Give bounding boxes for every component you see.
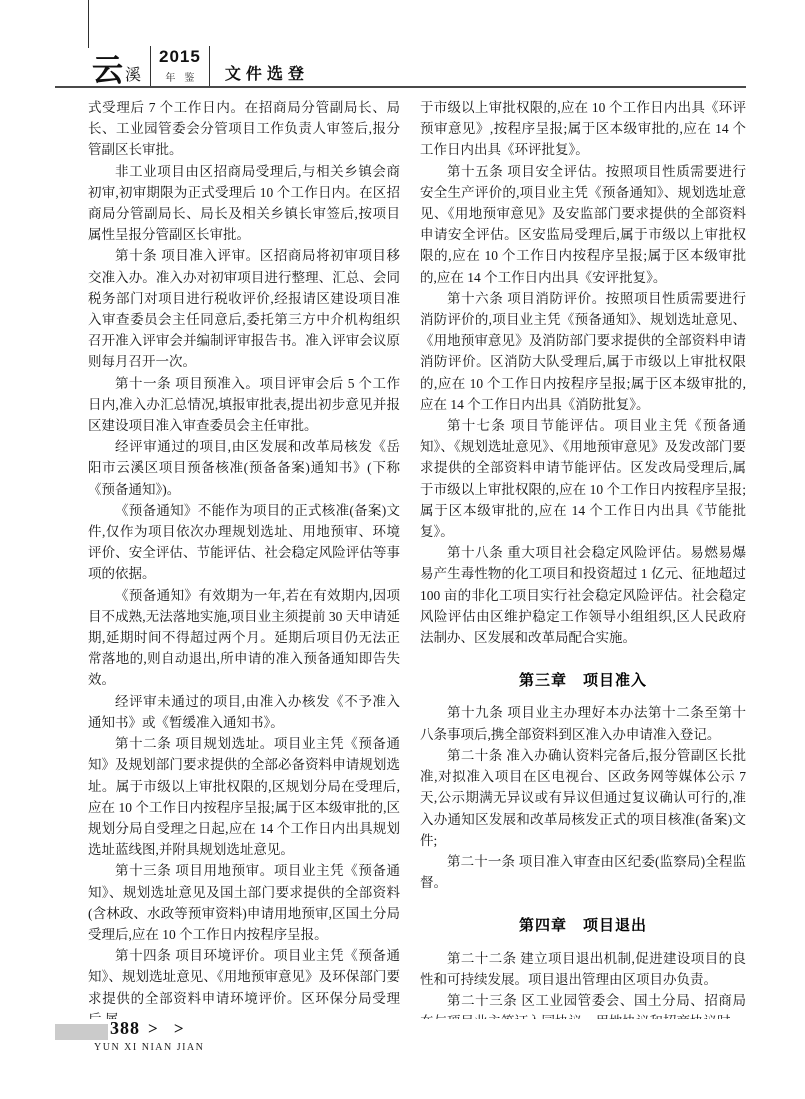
right-column: 于市级以上审批权限的,应在 10 个工作日内出具《环评预审意见》,按程序呈报;属… xyxy=(420,97,746,1019)
paragraph: 第十七条 项目节能评估。项目业主凭《预备通知》、《规划选址意见》、《用地预审意见… xyxy=(420,415,746,542)
chapter-heading: 第三章 项目准入 xyxy=(420,670,746,691)
year-number: 2015 xyxy=(159,48,201,65)
paragraph: 第十六条 项目消防评价。按照项目性质需要进行消防评价的,项目业主凭《预备通知》、… xyxy=(420,288,746,415)
paragraph: 经评审通过的项目,由区发展和改革局核发《岳阳市云溪区项目预备核准(预备备案)通知… xyxy=(88,436,400,500)
paragraph: 非工业项目由区招商局受理后,与相关乡镇会商初审,初审期限为正式受理后 10 个工… xyxy=(88,161,400,246)
paragraph: 式受理后 7 个工作日内。在招商局分管副局长、局长、工业园管委会分管项目工作负责… xyxy=(88,97,400,161)
page-number: 388 xyxy=(110,1018,140,1038)
paragraph: 第十条 项目准入评审。区招商局将初审项目移交准入办。准入办对初审项目进行整理、汇… xyxy=(88,245,400,372)
paragraph: 第二十一条 项目准入审查由区纪委(监察局)全程监督。 xyxy=(420,851,746,893)
paragraph: 《预备通知》不能作为项目的正式核准(备案)文件,仅作为项目依次办理规划选址、用地… xyxy=(88,500,400,585)
header-vertical-rule xyxy=(88,0,89,48)
logo-character-small: 溪 xyxy=(125,68,141,84)
page-header: 云 溪 2015 年鉴 文件选登 xyxy=(92,42,309,86)
logo-character-large: 云 xyxy=(92,55,123,86)
paragraph: 《预备通知》有效期为一年,若在有效期内,因项目不成熟,无法落地实施,项目业主须提… xyxy=(88,585,400,691)
document-body: 式受理后 7 个工作日内。在招商局分管副局长、局长、工业园管委会分管项目工作负责… xyxy=(88,97,746,1019)
paragraph: 经评审未通过的项目,由准入办核发《不予准入通知书》或《暂缓准入通知书》。 xyxy=(88,691,400,733)
paragraph: 第十三条 项目用地预审。项目业主凭《预备通知》、规划选址意见及国土部门要求提供的… xyxy=(88,860,400,945)
paragraph: 第十一条 项目预准入。项目评审会后 5 个工作日内,准入办汇总情况,填报审批表,… xyxy=(88,373,400,437)
yearbook-page: 云 溪 2015 年鉴 文件选登 式受理后 7 个工作日内。在招商局分管副局长、… xyxy=(0,0,805,1099)
paragraph: 第二十条 准入办确认资料完备后,报分管副区长批准,对拟准入项目在区电视台、区政务… xyxy=(420,745,746,851)
paragraph: 第二十三条 区工业园管委会、国土分局、招商局在与项目业主签订入园协议、用地协议和… xyxy=(420,990,746,1019)
chapter-heading: 第四章 项目退出 xyxy=(420,915,746,936)
paragraph: 第十九条 项目业主办理好本办法第十二条至第十八条事项后,携全部资料到区准入办申请… xyxy=(420,702,746,744)
paragraph: 第十二条 项目规划选址。项目业主凭《预备通知》及规划部门要求提供的全部必备资料申… xyxy=(88,733,400,860)
footer-decorative-bar xyxy=(55,1024,108,1040)
footer-arrows: > > xyxy=(148,1019,190,1038)
yearbook-year-block: 2015 年鉴 xyxy=(150,46,210,86)
footer-page-number: 388> > xyxy=(110,1019,190,1039)
footer-pinyin-title: YUN XI NIAN JIAN xyxy=(94,1042,204,1053)
paragraph: 第十五条 项目安全评估。按照项目性质需要进行安全生产评价的,项目业主凭《预备通知… xyxy=(420,161,746,288)
paragraph: 第十四条 项目环境评价。项目业主凭《预备通知》、规划选址意见、《用地预审意见》及… xyxy=(88,945,400,1019)
paragraph: 第十八条 重大项目社会稳定风险评估。易燃易爆易产生毒性物的化工项目和投资超过 1… xyxy=(420,542,746,648)
left-column: 式受理后 7 个工作日内。在招商局分管副局长、局长、工业园管委会分管项目工作负责… xyxy=(88,97,400,1019)
section-title: 文件选登 xyxy=(225,67,309,83)
header-horizontal-rule xyxy=(55,86,746,88)
paragraph: 第二十二条 建立项目退出机制,促进建设项目的良性和可持续发展。项目退出管理由区项… xyxy=(420,948,746,990)
paragraph: 于市级以上审批权限的,应在 10 个工作日内出具《环评预审意见》,按程序呈报;属… xyxy=(420,97,746,161)
yearbook-label: 年鉴 xyxy=(165,74,203,84)
